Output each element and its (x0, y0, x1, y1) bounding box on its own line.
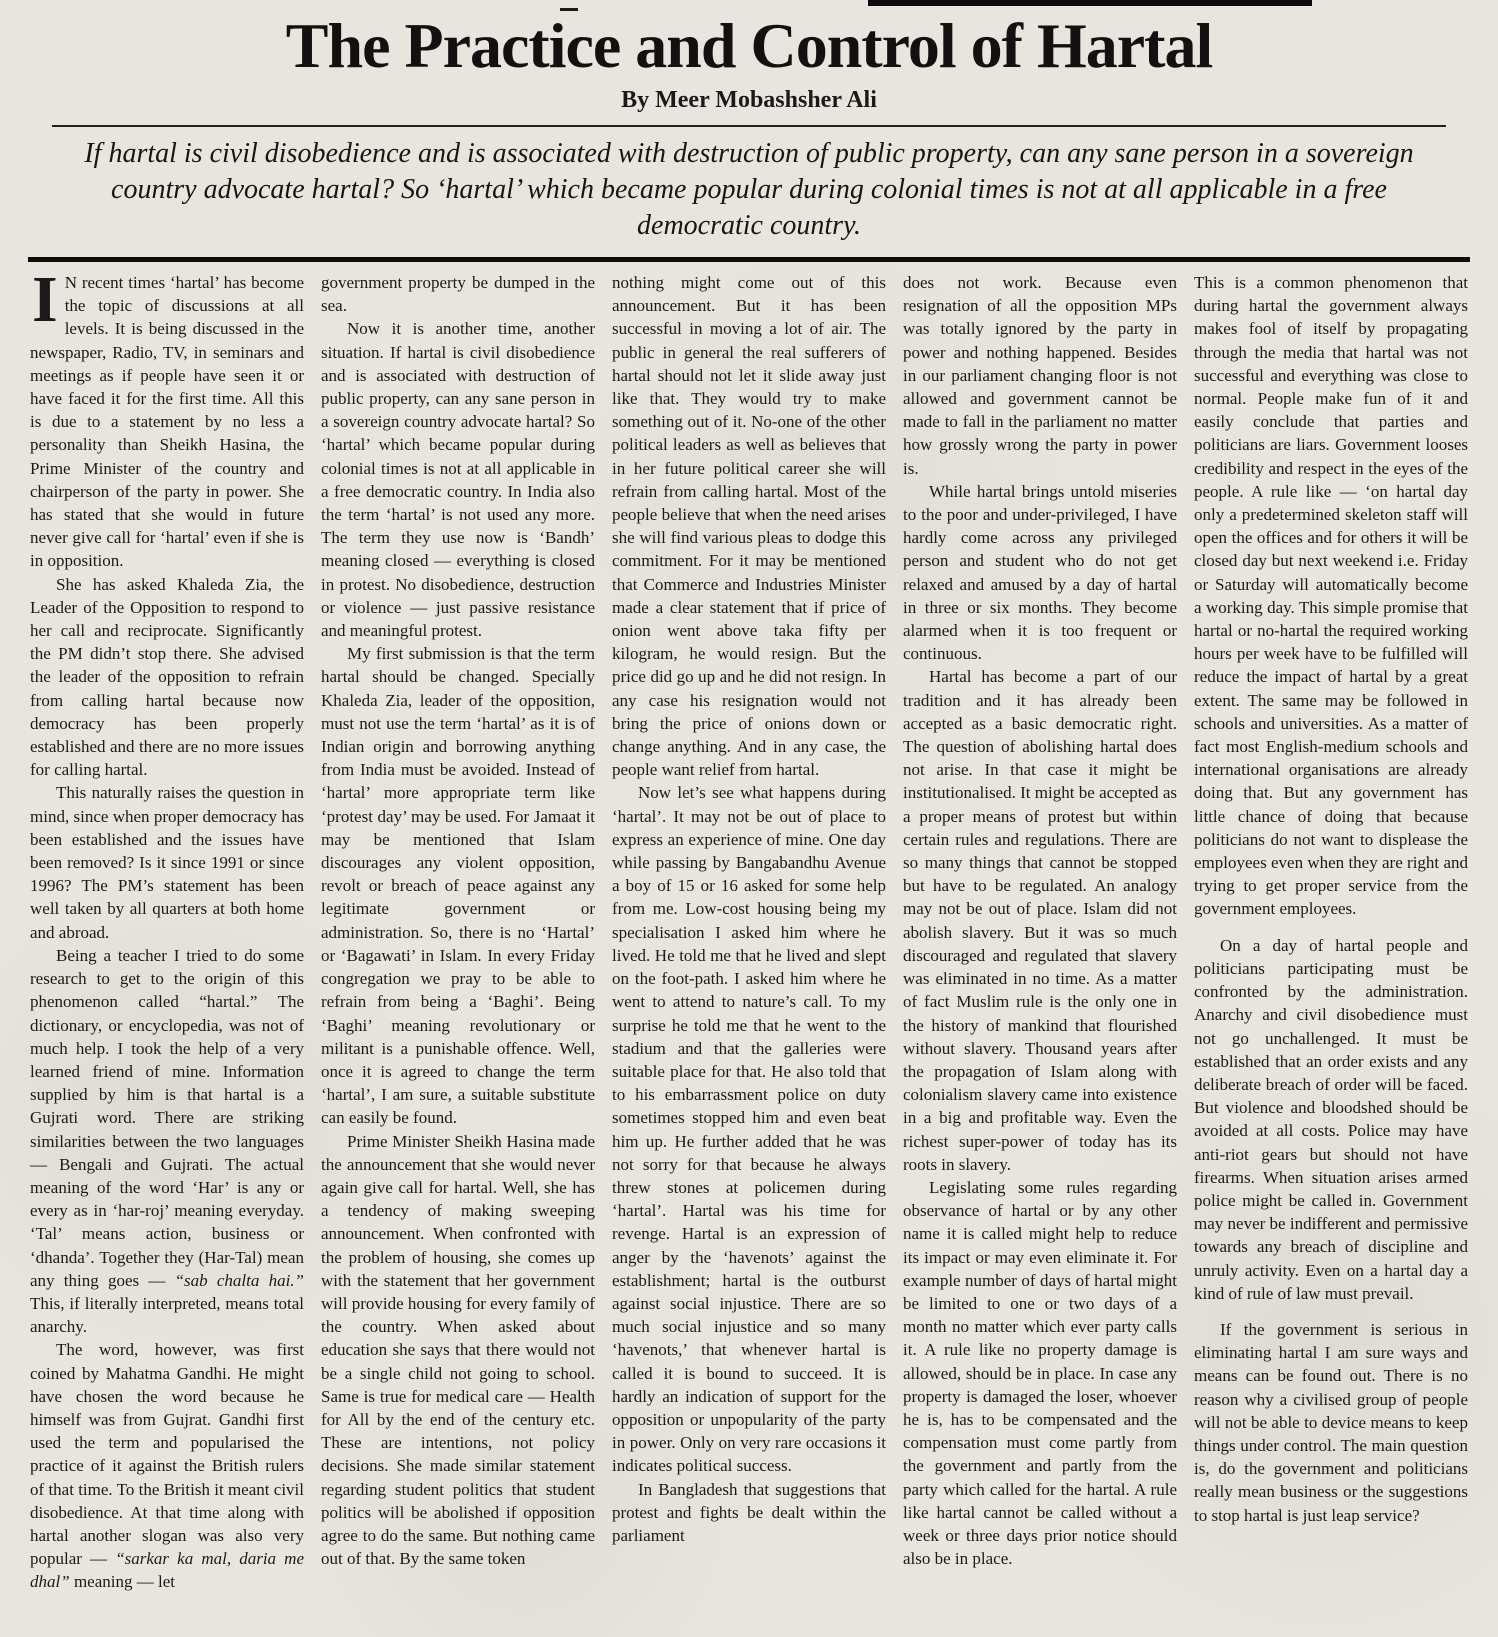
paragraph: Now it is another time, another situatio… (321, 317, 595, 642)
column-1: IN recent times ‘hartal’ has become the … (30, 271, 304, 1594)
text-run: While hartal brings untold miseries to t… (903, 482, 1177, 663)
paragraph: Prime Minister Sheikh Hasina made the an… (321, 1130, 595, 1571)
paragraph: The word, however, was first coined by M… (30, 1338, 304, 1593)
column-2: government property be dumped in the sea… (321, 271, 595, 1594)
top-edge-rule (868, 0, 1312, 6)
text-run: Legislating some rules regarding observa… (903, 1178, 1177, 1568)
byline-divider-rule (52, 125, 1446, 127)
text-run: This is a common phenomenon that during … (1194, 273, 1468, 918)
text-run: Prime Minister Sheikh Hasina made the an… (321, 1132, 595, 1569)
text-run: nothing might come out of this announcem… (612, 273, 886, 779)
text-run: Now let’s see what happens during ‘harta… (612, 783, 886, 1475)
text-run: This, if literally interpreted, means to… (30, 1294, 304, 1336)
paragraph: Hartal has become a part of our traditio… (903, 665, 1177, 1175)
column-3: nothing might come out of this announcem… (612, 271, 886, 1594)
paragraph: Being a teacher I tried to do some resea… (30, 944, 304, 1338)
text-run: Being a teacher I tried to do some resea… (30, 946, 304, 1290)
paragraph: This is a common phenomenon that during … (1194, 271, 1468, 921)
text-run: Hartal has become a part of our traditio… (903, 667, 1177, 1173)
drop-cap: I (30, 271, 65, 326)
text-run: She has asked Khaleda Zia, the Leader of… (30, 575, 304, 780)
text-run: meaning — let (70, 1572, 175, 1591)
paragraph: nothing might come out of this announcem… (612, 271, 886, 781)
paragraph: government property be dumped in the sea… (321, 271, 595, 317)
text-run: In Bangladesh that suggestions that prot… (612, 1480, 886, 1545)
article-columns: IN recent times ‘hartal’ has become the … (30, 271, 1468, 1594)
body-top-rule (28, 257, 1470, 262)
paragraph: While hartal brings untold miseries to t… (903, 480, 1177, 666)
column-5: This is a common phenomenon that during … (1194, 271, 1468, 1594)
top-edge-mark (560, 8, 578, 11)
byline: By Meer Mobashsher Ali (0, 86, 1498, 114)
standfirst: If hartal is civil disobedience and is a… (72, 136, 1426, 244)
headline: The Practice and Control of Hartal (40, 14, 1458, 78)
paragraph: My first submission is that the term har… (321, 642, 595, 1129)
text-run: My first submission is that the term har… (321, 644, 595, 1127)
paragraph: In Bangladesh that suggestions that prot… (612, 1478, 886, 1548)
text-run: Now it is another time, another situatio… (321, 319, 595, 640)
text-run: does not work. Because even resignation … (903, 273, 1177, 478)
text-run: N recent times ‘hartal’ has become the t… (30, 273, 304, 570)
paragraph: This naturally raises the question in mi… (30, 781, 304, 943)
paragraph: does not work. Because even resignation … (903, 271, 1177, 480)
paragraph: Now let’s see what happens during ‘harta… (612, 781, 886, 1477)
text-run: If the government is serious in eliminat… (1194, 1320, 1468, 1525)
column-4: does not work. Because even resignation … (903, 271, 1177, 1594)
text-run: On a day of hartal people and politician… (1194, 936, 1468, 1303)
paragraph: She has asked Khaleda Zia, the Leader of… (30, 573, 304, 782)
text-run: The word, however, was first coined by M… (30, 1340, 304, 1568)
text-run: government property be dumped in the sea… (321, 273, 595, 315)
newspaper-page: The Practice and Control of Hartal By Me… (0, 0, 1498, 1637)
text-run: This naturally raises the question in mi… (30, 783, 304, 941)
paragraph: If the government is serious in eliminat… (1194, 1318, 1468, 1527)
paragraph: On a day of hartal people and politician… (1194, 934, 1468, 1305)
paragraph: Legislating some rules regarding observa… (903, 1176, 1177, 1570)
italic-phrase: “sab chalta hai.” (175, 1271, 304, 1290)
paragraph: IN recent times ‘hartal’ has become the … (30, 271, 304, 573)
